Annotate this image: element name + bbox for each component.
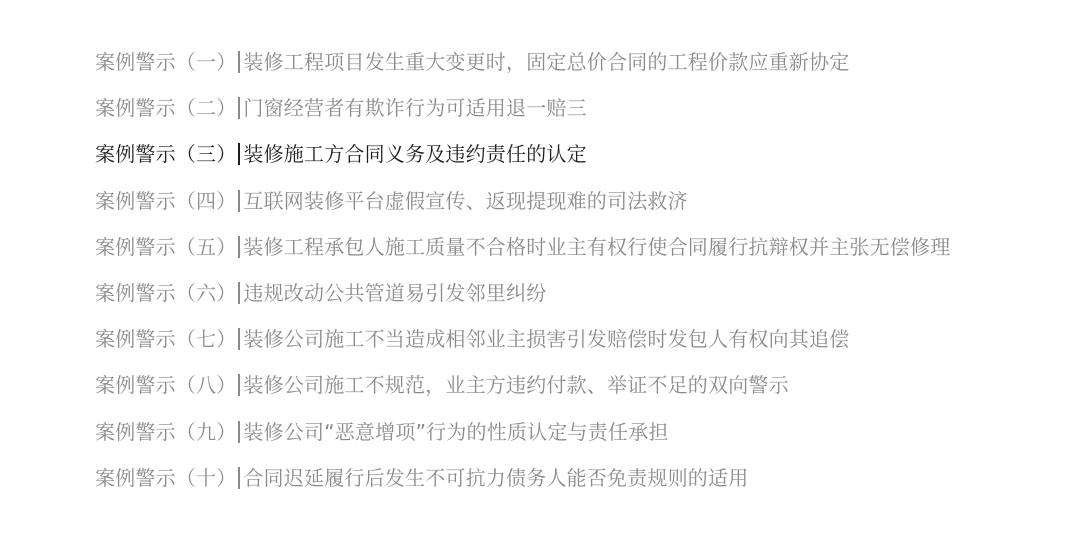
case-title: 装修公司施工不规范，业主方违约付款、举证不足的双向警示 [243, 373, 788, 397]
case-item-9[interactable]: 案例警示（九）装修公司“恶意增项”行为的性质认定与责任承担 [95, 415, 950, 461]
case-item-6[interactable]: 案例警示（六）违规改动公共管道易引发邻里纠纷 [95, 276, 950, 322]
separator-bar [238, 421, 240, 443]
case-warning-list: 案例警示（一）装修工程项目发生重大变更时，固定总价合同的工程价款应重新协定 案例… [95, 45, 950, 507]
case-item-1[interactable]: 案例警示（一）装修工程项目发生重大变更时，固定总价合同的工程价款应重新协定 [95, 45, 950, 91]
case-title: 装修工程项目发生重大变更时，固定总价合同的工程价款应重新协定 [243, 50, 849, 74]
case-item-2[interactable]: 案例警示（二）门窗经营者有欺诈行为可适用退一赔三 [95, 91, 950, 137]
case-title: 装修工程承包人施工质量不合格时业主有权行使合同履行抗辩权并主张无偿修理 [243, 235, 950, 259]
case-title: 装修公司“恶意增项”行为的性质认定与责任承担 [243, 420, 668, 444]
case-prefix: 案例警示（三） [95, 142, 236, 166]
case-title: 装修施工方合同义务及违约责任的认定 [243, 142, 586, 166]
case-item-3[interactable]: 案例警示（三）装修施工方合同义务及违约责任的认定 [95, 137, 950, 183]
separator-bar [238, 467, 240, 489]
case-item-10[interactable]: 案例警示（十）合同迟延履行后发生不可抗力债务人能否免责规则的适用 [95, 461, 950, 507]
case-prefix: 案例警示（四） [95, 189, 236, 213]
case-title: 门窗经营者有欺诈行为可适用退一赔三 [243, 96, 586, 120]
case-title: 装修公司施工不当造成相邻业主损害引发赔偿时发包人有权向其追偿 [243, 327, 849, 351]
separator-bar [238, 328, 240, 350]
case-prefix: 案例警示（二） [95, 96, 236, 120]
case-prefix: 案例警示（六） [95, 281, 236, 305]
case-prefix: 案例警示（七） [95, 327, 236, 351]
separator-bar [238, 282, 240, 304]
case-title: 合同迟延履行后发生不可抗力债务人能否免责规则的适用 [243, 466, 748, 490]
separator-bar [238, 51, 240, 73]
separator-bar [238, 374, 240, 396]
separator-bar [238, 236, 240, 258]
case-item-4[interactable]: 案例警示（四）互联网装修平台虚假宣传、返现提现难的司法救济 [95, 184, 950, 230]
case-prefix: 案例警示（五） [95, 235, 236, 259]
case-title: 互联网装修平台虚假宣传、返现提现难的司法救济 [243, 189, 687, 213]
case-prefix: 案例警示（八） [95, 373, 236, 397]
separator-bar [238, 190, 240, 212]
case-item-5[interactable]: 案例警示（五）装修工程承包人施工质量不合格时业主有权行使合同履行抗辩权并主张无偿… [95, 230, 950, 276]
case-prefix: 案例警示（十） [95, 466, 236, 490]
case-item-7[interactable]: 案例警示（七）装修公司施工不当造成相邻业主损害引发赔偿时发包人有权向其追偿 [95, 322, 950, 368]
separator-bar [238, 143, 240, 165]
case-title: 违规改动公共管道易引发邻里纠纷 [243, 281, 546, 305]
case-prefix: 案例警示（九） [95, 420, 236, 444]
separator-bar [238, 97, 240, 119]
case-item-8[interactable]: 案例警示（八）装修公司施工不规范，业主方违约付款、举证不足的双向警示 [95, 368, 950, 414]
case-prefix: 案例警示（一） [95, 50, 236, 74]
